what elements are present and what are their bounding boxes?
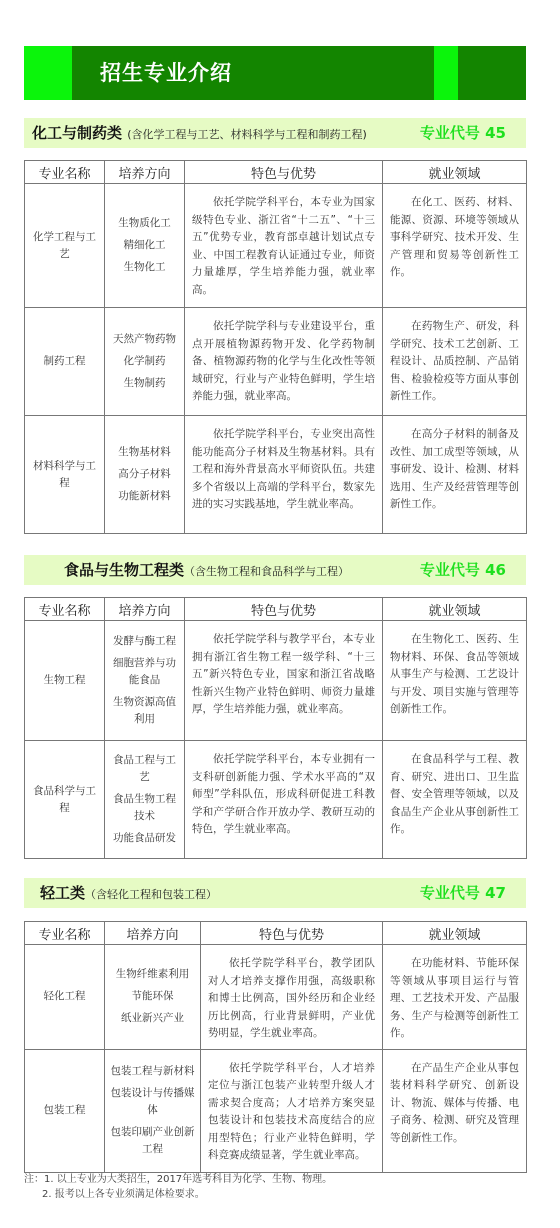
- table-row: 包装工程 包装工程与新材料 包装设计与传播媒体 包装印刷产业创新工程 依托学院学…: [25, 1049, 527, 1172]
- training-directions: 生物基材料 高分子材料 功能新材料: [105, 416, 185, 534]
- features-cell: 依托学院学科平台，教学团队对人才培养支撑作用强，高级职称和博士比例高，国外经历和…: [201, 945, 383, 1050]
- direction-item: 发酵与酶工程: [109, 633, 180, 650]
- major-code: 专业代号 46: [420, 555, 506, 585]
- footnote-2: 2. 报考以上各专业须满足体检要求。: [24, 1187, 332, 1202]
- direction-item: 食品工程与工艺: [109, 752, 180, 786]
- section-header-food-bio: 食品与生物工程类（含生物工程和食品科学与工程） 专业代号 46: [24, 555, 526, 585]
- table-row: 制药工程 天然产物药物 化学制药 生物制药 依托学院学科与专业建设平台，重点开展…: [25, 308, 527, 416]
- section-title: 食品与生物工程类（含生物工程和食品科学与工程）: [64, 555, 349, 587]
- col-header-direction: 培养方向: [105, 922, 201, 945]
- table-header-row: 专业名称 培养方向 特色与优势 就业领域: [25, 598, 527, 621]
- table-header-row: 专业名称 培养方向 特色与优势 就业领域: [25, 161, 527, 184]
- col-header-features: 特色与优势: [201, 922, 383, 945]
- features-cell: 依托学院学科平台，本专业拥有一支科研创新能力强、学术水平高的“双师型”学科队伍，…: [185, 741, 383, 859]
- employment-cell: 在化工、医药、材料、能源、资源、环境等领域从事科学研究、技术开发、生产管理和贸易…: [383, 184, 527, 308]
- footnotes: 注：1. 以上专业为大类招生，2017年选考科目为化学、生物、物理。 2. 报考…: [24, 1172, 332, 1202]
- major-name: 化学工程与工艺: [25, 184, 105, 308]
- col-header-features: 特色与优势: [185, 161, 383, 184]
- section-title: 化工与制药类 (含化学工程与工艺、材料科学与工程和制药工程): [32, 118, 367, 150]
- employment-cell: 在功能材料、节能环保等领域从事项目运行与管理、工艺技术开发、产品服务、生产与检测…: [383, 945, 527, 1050]
- features-cell: 依托学院学科与教学平台，本专业拥有浙江省生物工程一级学科、“十三五”新兴特色专业…: [185, 621, 383, 741]
- major-name: 制药工程: [25, 308, 105, 416]
- col-header-major: 专业名称: [25, 161, 105, 184]
- employment-cell: 在产品生产企业从事包装材料科学研究、创新设计、物流、媒体与传播、电子商务、检测、…: [383, 1049, 527, 1172]
- banner-accent-left: [24, 46, 72, 100]
- training-directions: 生物质化工 精细化工 生物化工: [105, 184, 185, 308]
- col-header-direction: 培养方向: [105, 598, 185, 621]
- direction-item: 生物化工: [109, 259, 180, 276]
- direction-item: 节能环保: [109, 988, 196, 1005]
- table-row: 材料科学与工程 生物基材料 高分子材料 功能新材料 依托学院学科平台，专业突出高…: [25, 416, 527, 534]
- direction-item: 食品生物工程技术: [109, 791, 180, 825]
- direction-item: 纸业新兴产业: [109, 1010, 196, 1027]
- direction-item: 生物制药: [109, 375, 180, 392]
- employment-cell: 在生物化工、医药、生物材料、环保、食品等领域从事生产与检测、工艺设计与开发、项目…: [383, 621, 527, 741]
- section-subtitle: （含生物工程和食品科学与工程）: [184, 565, 349, 578]
- direction-item: 包装工程与新材料: [109, 1063, 196, 1080]
- major-name: 生物工程: [25, 621, 105, 741]
- features-cell: 依托学院学科与专业建设平台，重点开展植物源药物开发、化学药物制备、植物源药物的化…: [185, 308, 383, 416]
- direction-item: 生物基材料: [109, 444, 180, 461]
- major-code: 专业代号 47: [420, 878, 506, 908]
- direction-item: 包装设计与传播媒体: [109, 1085, 196, 1119]
- direction-item: 生物资源高值利用: [109, 694, 180, 728]
- majors-table-chemical: 专业名称 培养方向 特色与优势 就业领域 化学工程与工艺 生物质化工 精细化工 …: [24, 160, 527, 534]
- col-header-employment: 就业领域: [383, 161, 527, 184]
- employment-cell: 在高分子材料的制备及改性、加工成型等领域，从事研发、设计、检测、材料选用、生产及…: [383, 416, 527, 534]
- table-row: 化学工程与工艺 生物质化工 精细化工 生物化工 依托学院学科平台，本专业为国家级…: [25, 184, 527, 308]
- major-name: 材料科学与工程: [25, 416, 105, 534]
- direction-item: 包装印刷产业创新工程: [109, 1124, 196, 1158]
- direction-item: 化学制药: [109, 353, 180, 370]
- direction-item: 高分子材料: [109, 466, 180, 483]
- table-row: 食品科学与工程 食品工程与工艺 食品生物工程技术 功能食品研发 依托学院学科平台…: [25, 741, 527, 859]
- direction-item: 细胞营养与功能食品: [109, 655, 180, 689]
- features-cell: 依托学院学科平台，人才培养定位与浙江包装产业转型升级人才需求契合度高；人才培养方…: [201, 1049, 383, 1172]
- major-name: 食品科学与工程: [25, 741, 105, 859]
- majors-table-light-industry: 专业名称 培养方向 特色与优势 就业领域 轻化工程 生物纤维素利用 节能环保 纸…: [24, 921, 527, 1173]
- direction-item: 精细化工: [109, 237, 180, 254]
- table-header-row: 专业名称 培养方向 特色与优势 就业领域: [25, 922, 527, 945]
- training-directions: 发酵与酶工程 细胞营养与功能食品 生物资源高值利用: [105, 621, 185, 741]
- training-directions: 包装工程与新材料 包装设计与传播媒体 包装印刷产业创新工程: [105, 1049, 201, 1172]
- employment-cell: 在药物生产、研发，科学研究、技术工艺创新、工程设计、品质控制、产品销售、检验检疫…: [383, 308, 527, 416]
- major-code: 专业代号 45: [420, 118, 506, 148]
- table-row: 生物工程 发酵与酶工程 细胞营养与功能食品 生物资源高值利用 依托学院学科与教学…: [25, 621, 527, 741]
- training-directions: 食品工程与工艺 食品生物工程技术 功能食品研发: [105, 741, 185, 859]
- section-title: 轻工类（含轻化工程和包装工程）: [40, 878, 217, 910]
- features-cell: 依托学院学科平台，专业突出高性能功能高分子材料及生物基材料。具有工程和海外背景高…: [185, 416, 383, 534]
- training-directions: 生物纤维素利用 节能环保 纸业新兴产业: [105, 945, 201, 1050]
- major-name: 轻化工程: [25, 945, 105, 1050]
- col-header-direction: 培养方向: [105, 161, 185, 184]
- section-subtitle: (含化学工程与工艺、材料科学与工程和制药工程): [127, 128, 367, 141]
- employment-cell: 在食品科学与工程、教育、研究、进出口、卫生监督、安全管理等领域，以及食品生产企业…: [383, 741, 527, 859]
- section-header-chemical: 化工与制药类 (含化学工程与工艺、材料科学与工程和制药工程) 专业代号 45: [24, 118, 526, 148]
- features-cell: 依托学院学科平台，本专业为国家级特色专业、浙江省“十二五”、“十三五”优势专业，…: [185, 184, 383, 308]
- banner-accent-mid: [434, 46, 458, 100]
- training-directions: 天然产物药物 化学制药 生物制药: [105, 308, 185, 416]
- direction-item: 功能新材料: [109, 488, 180, 505]
- col-header-major: 专业名称: [25, 922, 105, 945]
- col-header-employment: 就业领域: [383, 598, 527, 621]
- section-header-light-industry: 轻工类（含轻化工程和包装工程） 专业代号 47: [24, 878, 526, 908]
- col-header-features: 特色与优势: [185, 598, 383, 621]
- majors-table-food-bio: 专业名称 培养方向 特色与优势 就业领域 生物工程 发酵与酶工程 细胞营养与功能…: [24, 597, 527, 859]
- footnote-1: 注：1. 以上专业为大类招生，2017年选考科目为化学、生物、物理。: [24, 1172, 332, 1187]
- direction-item: 生物质化工: [109, 215, 180, 232]
- col-header-employment: 就业领域: [383, 922, 527, 945]
- section-subtitle: （含轻化工程和包装工程）: [85, 888, 217, 901]
- page-banner: 招生专业介绍: [24, 46, 526, 100]
- direction-item: 生物纤维素利用: [109, 966, 196, 983]
- direction-item: 天然产物药物: [109, 331, 180, 348]
- col-header-major: 专业名称: [25, 598, 105, 621]
- major-name: 包装工程: [25, 1049, 105, 1172]
- page-title: 招生专业介绍: [100, 46, 232, 100]
- direction-item: 功能食品研发: [109, 830, 180, 847]
- table-row: 轻化工程 生物纤维素利用 节能环保 纸业新兴产业 依托学院学科平台，教学团队对人…: [25, 945, 527, 1050]
